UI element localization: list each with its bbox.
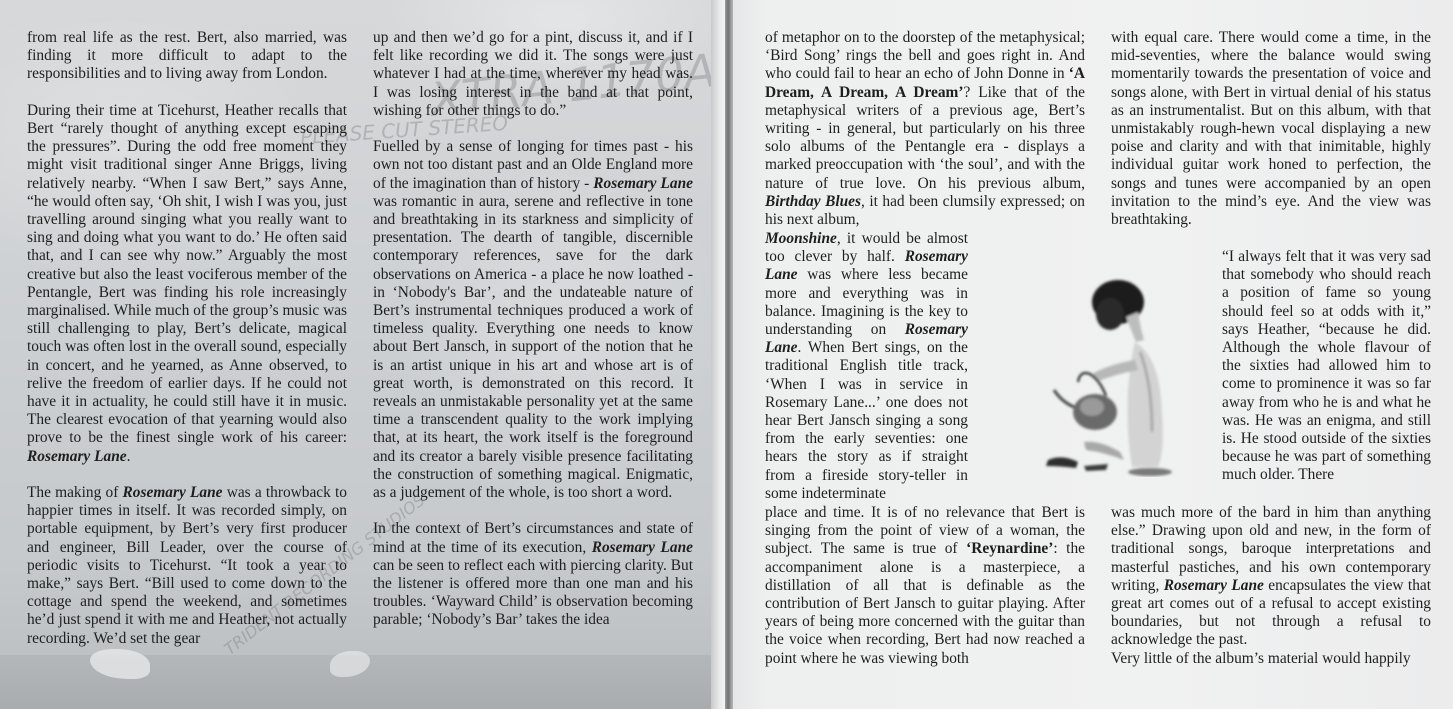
booklet-spread: XTRA 1170A PLEASE CUT STEREO TRIDENT REC… [0, 0, 1453, 709]
column-3-top: of metaphor on to the doorstep of the me… [765, 29, 1085, 229]
paragraph: up and then we’d go for a pint, discuss … [373, 29, 693, 120]
column-3-bottom: place and time. It is of no relevance th… [765, 504, 1085, 668]
column-4-bottom: was much more of the bard in him than an… [1111, 504, 1431, 668]
quote-paragraph: “I always felt that it was very sad that… [1222, 248, 1431, 485]
column-3-wrap: Moonshine, it would be almost too clever… [765, 230, 968, 503]
album-title: Rosemary Lane [27, 448, 127, 465]
left-page: XTRA 1170A PLEASE CUT STEREO TRIDENT REC… [0, 0, 725, 709]
page-edge [711, 0, 725, 709]
paragraph: with equal care. There would come a time… [1111, 29, 1431, 229]
photo-woman-with-kettle [1040, 262, 1185, 477]
torn-paper-band [0, 655, 725, 709]
booklet-spine [725, 0, 733, 709]
paragraph: was much more of the bard in him than an… [1111, 504, 1431, 650]
album-title: Rosemary Lane [1164, 577, 1264, 594]
column-4-top: with equal care. There would come a time… [1111, 29, 1431, 229]
paragraph: place and time. It is of no relevance th… [765, 504, 1085, 668]
column-1: from real life as the rest. Bert, also m… [27, 29, 347, 648]
paragraph: from real life as the rest. Bert, also m… [27, 29, 347, 84]
paragraph: of metaphor on to the doorstep of the me… [765, 29, 1085, 229]
album-title: Rosemary Lane [592, 539, 693, 556]
paragraph: Fuelled by a sense of longing for times … [373, 138, 693, 502]
paragraph: Moonshine, it would be almost too clever… [765, 230, 968, 503]
paragraph: Very little of the album’s material woul… [1111, 650, 1431, 668]
song-title: ‘Reynardine’ [966, 540, 1053, 557]
album-title: Birthday Blues [765, 193, 861, 210]
paragraph: During their time at Ticehurst, Heather … [27, 102, 347, 466]
paragraph: In the context of Bert’s circumstances a… [373, 520, 693, 629]
column-2: up and then we’d go for a pint, discuss … [373, 29, 693, 630]
album-title: Rosemary Lane [123, 484, 223, 501]
album-title: Moonshine [765, 230, 837, 247]
album-title: Rosemary Lane [593, 175, 693, 192]
paragraph: The making of Rosemary Lane was a throwb… [27, 484, 347, 648]
column-4-wrap: “I always felt that it was very sad that… [1222, 248, 1431, 485]
